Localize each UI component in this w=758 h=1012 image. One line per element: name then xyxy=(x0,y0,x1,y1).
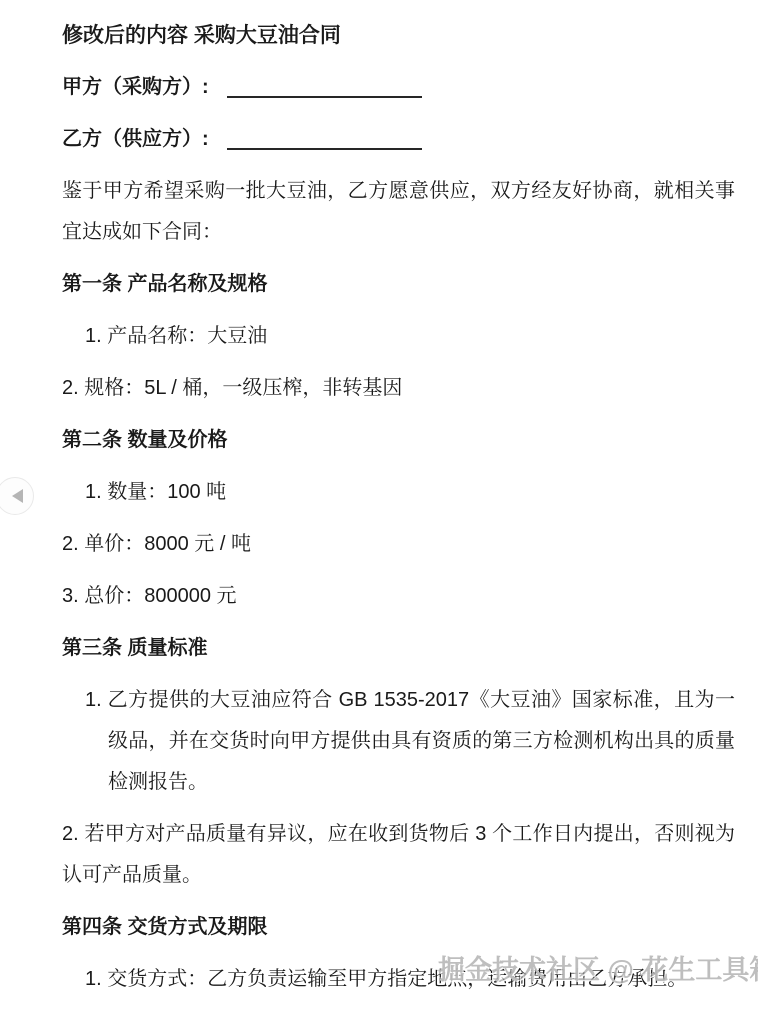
document-page: 修改后的内容 采购大豆油合同 甲方（采购方）: 乙方（供应方）: 鉴于甲方希望采… xyxy=(0,0,758,1000)
section-3-heading: 第三条 质量标准 xyxy=(62,628,735,669)
contract-clause: 1. 产品名称：大豆油 xyxy=(62,316,735,357)
party-b-label: 乙方（供应方）: xyxy=(62,128,209,150)
contract-clause: 1. 数量：100 吨 xyxy=(62,472,735,513)
party-a-label: 甲方（采购方）: xyxy=(62,76,209,98)
party-b-line: 乙方（供应方）: xyxy=(62,119,735,160)
contract-clause: 3. 总价：800000 元 xyxy=(62,576,735,617)
section-2-heading: 第二条 数量及价格 xyxy=(62,420,735,461)
party-a-blank xyxy=(227,96,422,98)
contract-clause: 2. 规格：5L / 桶，一级压榨，非转基因 xyxy=(62,368,735,409)
chevron-left-icon xyxy=(12,489,23,503)
section-1-heading: 第一条 产品名称及规格 xyxy=(62,264,735,305)
contract-clause: 1. 乙方提供的大豆油应符合 GB 1535-2017《大豆油》国家标准，且为一… xyxy=(62,680,735,803)
document-title: 修改后的内容 采购大豆油合同 xyxy=(62,15,735,56)
preamble-paragraph: 鉴于甲方希望采购一批大豆油，乙方愿意供应，双方经友好协商，就相关事宜达成如下合同… xyxy=(62,171,735,253)
contract-clause: 2. 单价：8000 元 / 吨 xyxy=(62,524,735,565)
contract-clause: 2. 若甲方对产品质量有异议，应在收到货物后 3 个工作日内提出，否则视为认可产… xyxy=(62,814,735,896)
contract-clause: 1. 交货方式：乙方负责运输至甲方指定地点，运输费用由乙方承担。 xyxy=(62,959,735,1000)
party-a-line: 甲方（采购方）: xyxy=(62,67,735,108)
party-b-blank xyxy=(227,148,422,150)
section-4-heading: 第四条 交货方式及期限 xyxy=(62,907,735,948)
